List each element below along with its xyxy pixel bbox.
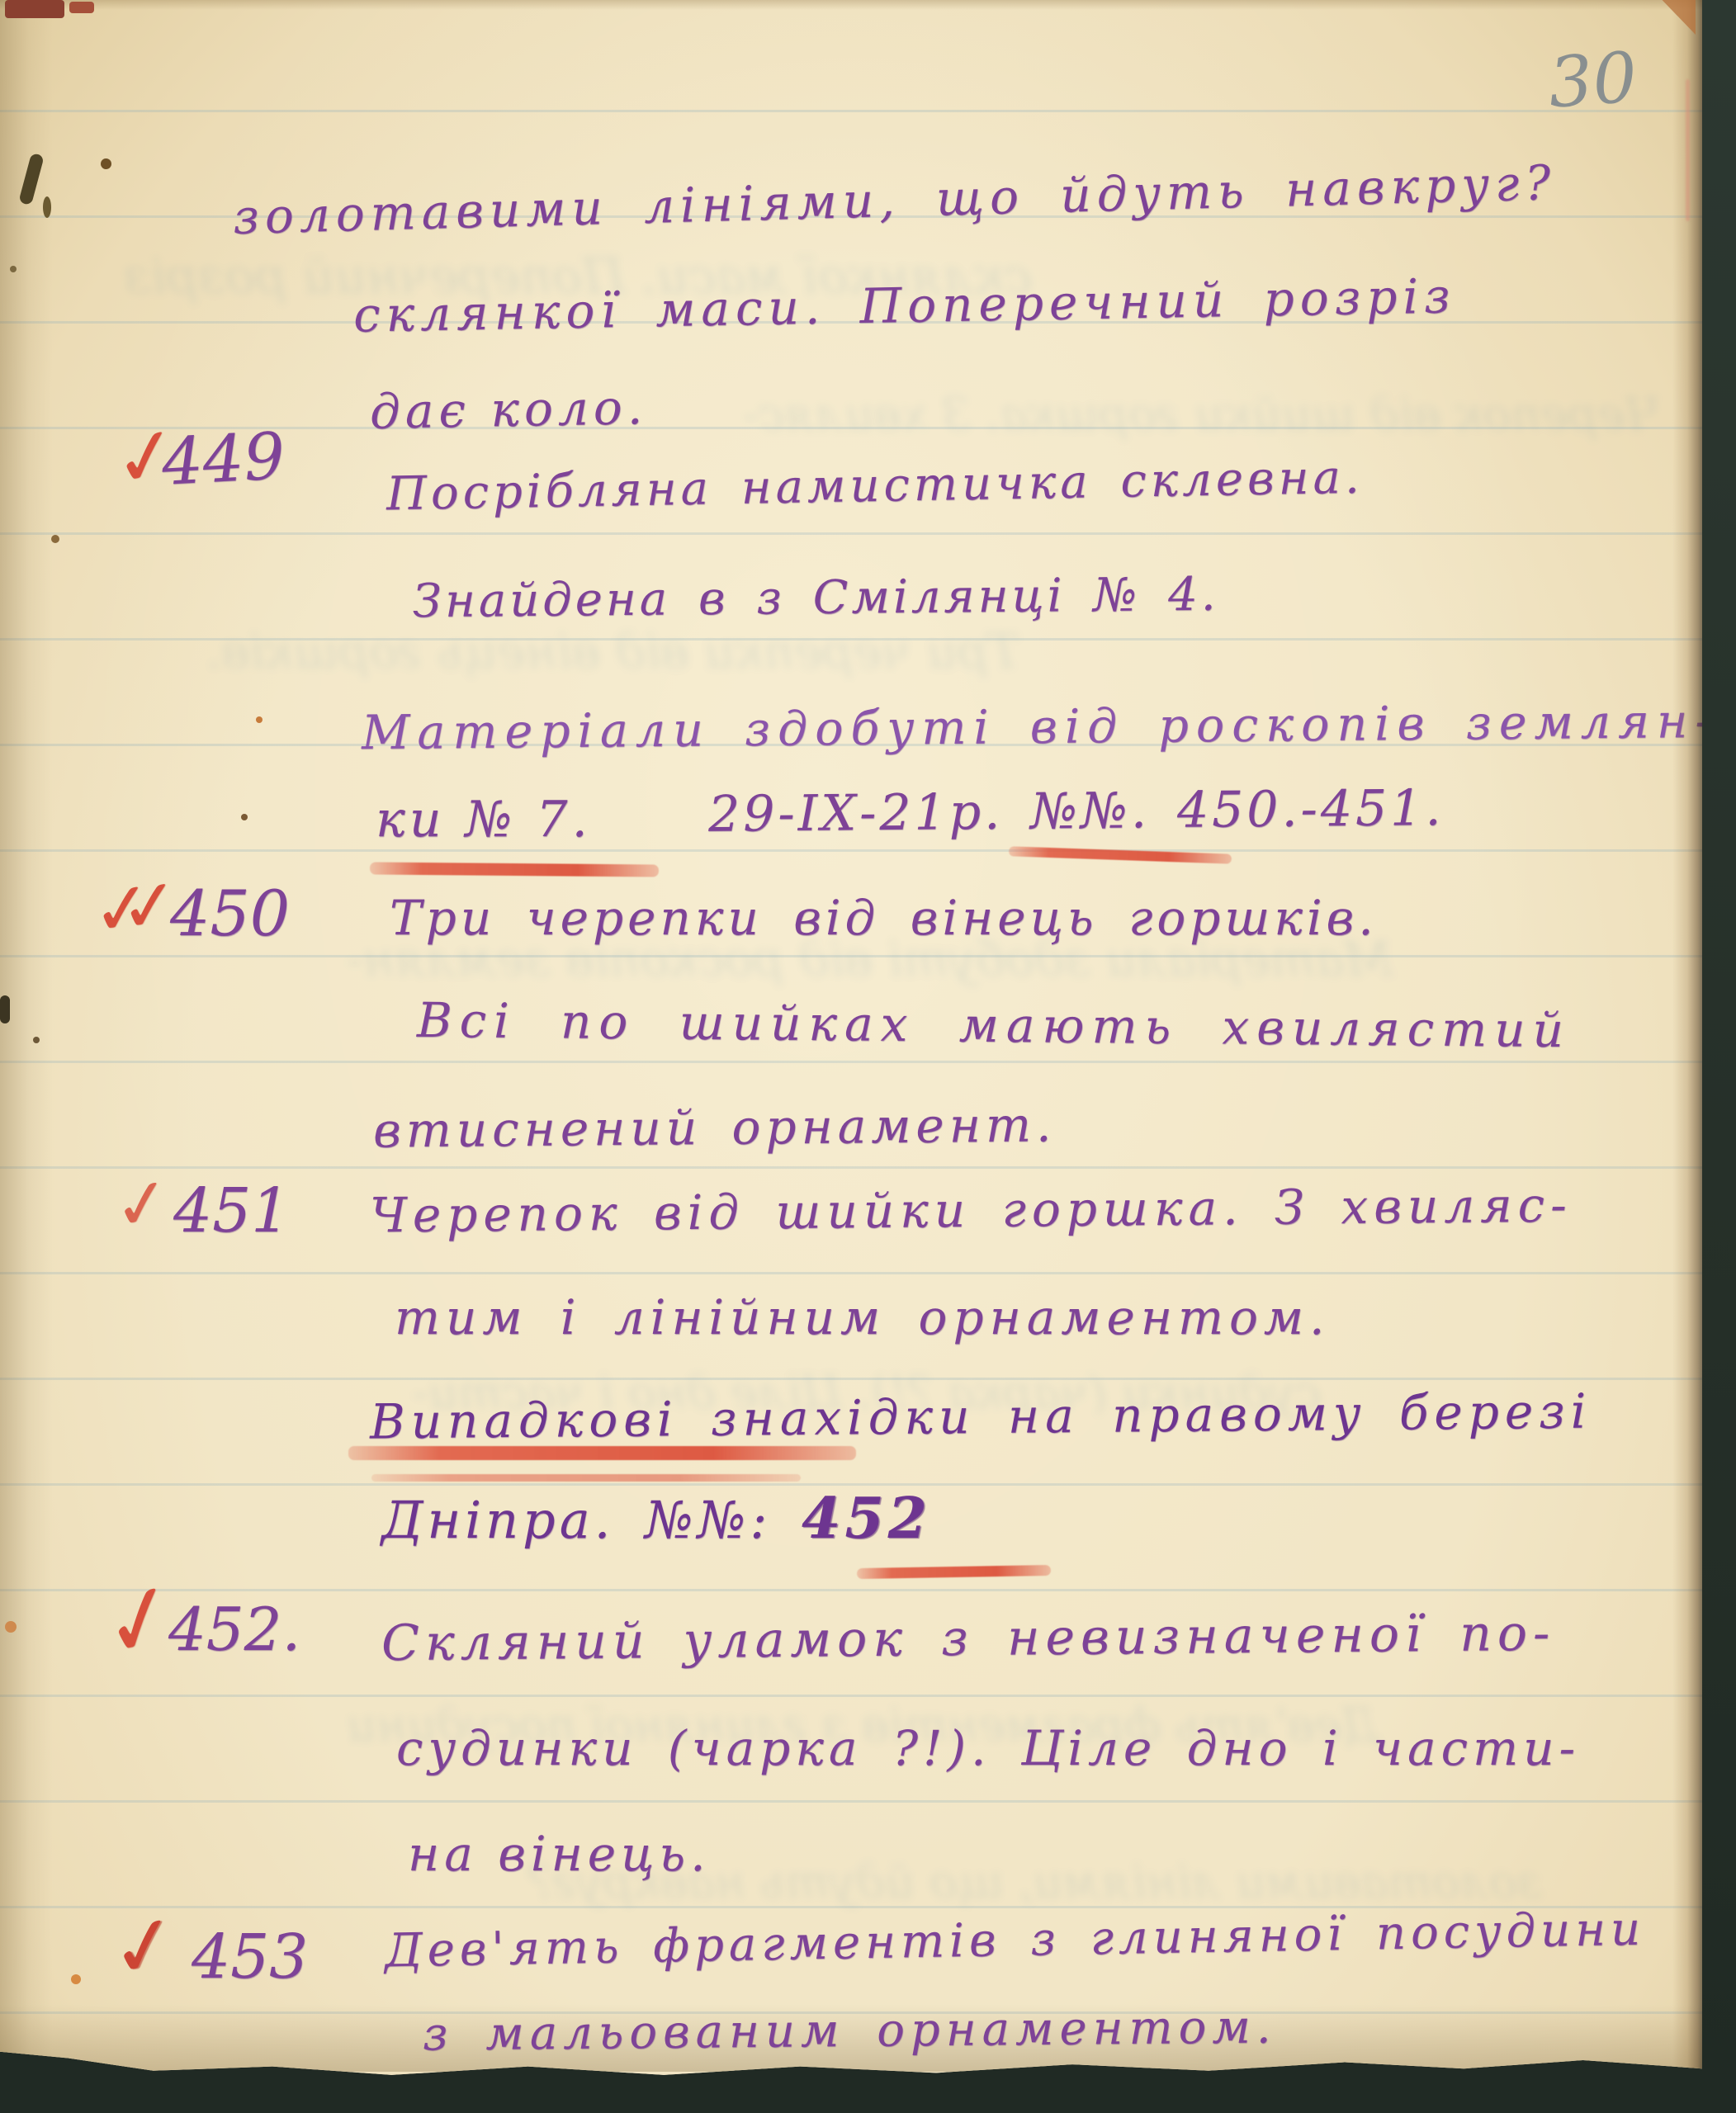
entry-450-number: 450 — [170, 877, 290, 950]
scanned-notebook-page: склянкої маси. Поперечний розріз Черепок… — [0, 0, 1736, 2113]
tape-remnant — [69, 2, 94, 13]
entry-452-line-1: Скляний уламок з невизначеної по- — [381, 1605, 1556, 1672]
debris-speck — [71, 1974, 81, 1984]
red-underline — [371, 1474, 801, 1482]
entry-451-line-1: Черепок від шийки горшка. З хвиляс- — [370, 1177, 1573, 1244]
debris-speck — [43, 196, 51, 218]
entry-450-line-3: втиснений орнамент. — [373, 1096, 1057, 1158]
continuation-line-3: дає коло. — [369, 379, 647, 440]
entry-449-line-2: Знайдена в з Смілянці № 4. — [413, 568, 1219, 629]
section-header-line-1: Випадкові знахідки на правому березі — [370, 1383, 1592, 1450]
page-left-edge-shadow — [0, 0, 53, 2113]
debris-speck — [101, 158, 111, 169]
page-number: 30 — [1546, 36, 1639, 123]
debris-speck — [0, 995, 10, 1023]
debris-speck — [10, 266, 17, 272]
note-materials-line-2-right: 29-ІХ-21р. №№. 450.-451. — [708, 779, 1445, 844]
debris-speck — [51, 535, 59, 543]
note-materials-line-2-left: ки № 7. — [376, 791, 592, 849]
section-header-line-2-number: 452 — [802, 1486, 931, 1552]
bleed-through-text: Три черепки від вінець горшків. — [206, 623, 1020, 679]
red-underline — [370, 862, 659, 877]
red-underline — [348, 1446, 856, 1460]
double-check-icon: ✓✓ — [88, 866, 152, 953]
tape-remnant — [5, 0, 64, 18]
entry-452-line-3: на вінець. — [408, 1826, 711, 1882]
section-header-line-2: Дніпра. №№: 452 — [381, 1486, 931, 1552]
section-header-line-2-prefix: Дніпра. №№: — [381, 1490, 771, 1550]
page-top-edge-shadow — [0, 0, 1702, 10]
paper-sheet: склянкої маси. Поперечний розріз Черепок… — [0, 0, 1702, 2113]
entry-453-line-2: з мальованим орнаментом. — [423, 2000, 1277, 2061]
debris-speck — [33, 1037, 40, 1043]
debris-speck — [241, 814, 248, 820]
debris-speck — [256, 716, 263, 723]
entry-450-line-1: Три черепки від вінець горшків. — [390, 890, 1378, 946]
entry-449-number: 449 — [160, 419, 286, 500]
entry-451-number: 451 — [173, 1175, 290, 1246]
page-right-edge-shadow — [1672, 0, 1702, 2113]
entry-451-line-2: тим і лінійним орнаментом. — [395, 1289, 1330, 1345]
debris-speck — [5, 1621, 17, 1633]
check-icon: ✓ — [109, 1162, 176, 1248]
entry-452-line-2: судинки (чарка ?!). Ціле дно і части- — [396, 1720, 1580, 1776]
bleed-through-text: Черепок від шийки горшка. З хвиляс- — [743, 388, 1661, 442]
entry-450-line-2: Всі по шийках мають хвилястий — [417, 992, 1571, 1058]
entry-452-number: 452. — [168, 1595, 300, 1664]
red-margin-trace — [1686, 79, 1690, 221]
entry-453-number: 453 — [192, 1922, 308, 1992]
